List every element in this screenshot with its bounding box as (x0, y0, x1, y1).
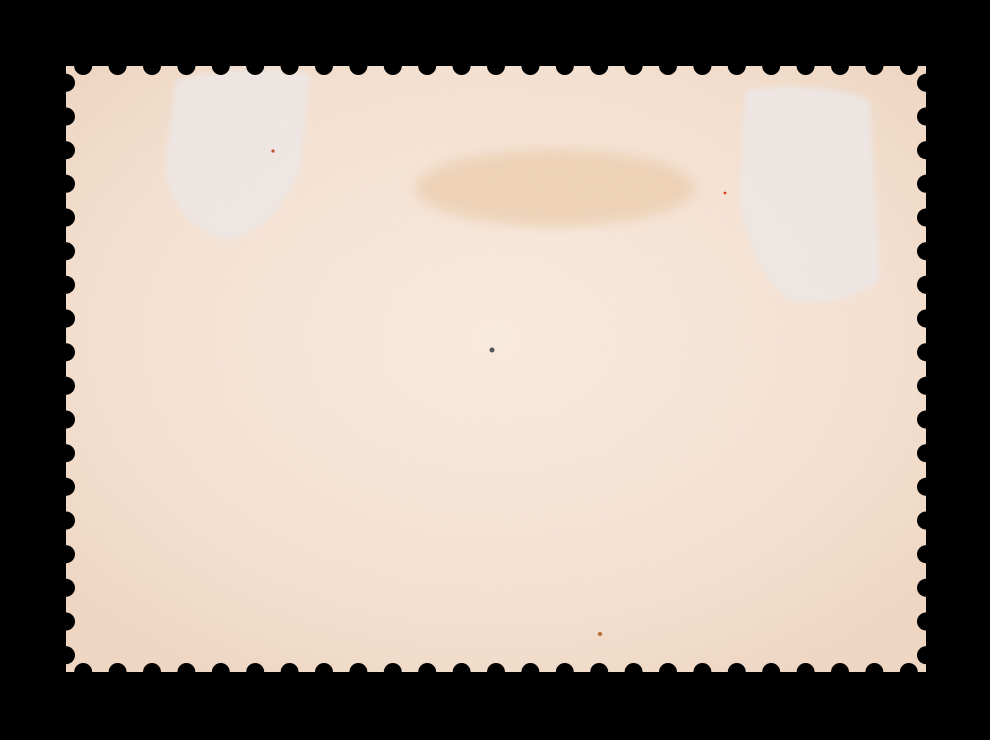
speck (724, 192, 727, 195)
speck (598, 632, 602, 636)
speck (271, 149, 274, 152)
tan-stain (415, 150, 695, 226)
speck (490, 348, 495, 353)
stamp-back (0, 0, 990, 740)
